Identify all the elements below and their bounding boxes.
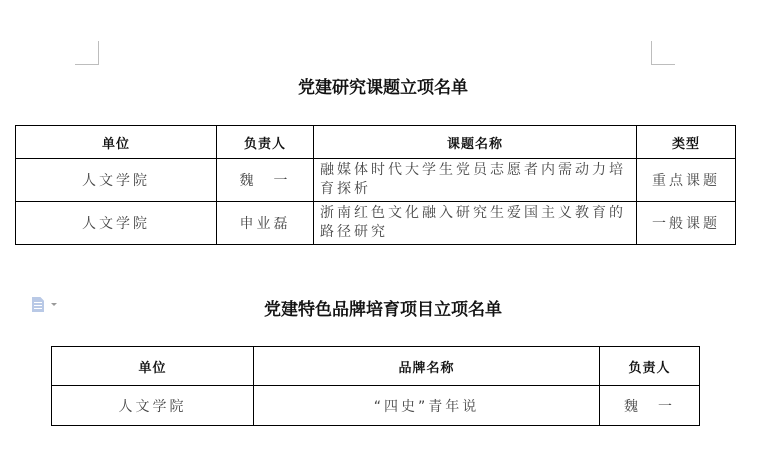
section1-title: 党建研究课题立项名单	[0, 73, 766, 98]
header-type: 类型	[637, 126, 736, 159]
cell-unit: 人文学院	[52, 386, 254, 426]
research-topics-table: 单位 负责人 课题名称 类型 人文学院 魏 一 融媒体时代大学生党员志愿者内需动…	[15, 125, 736, 245]
table-row: 人文学院 “四史”青年说 魏 一	[52, 386, 700, 426]
cell-leader: 魏 一	[217, 159, 314, 202]
page-corner-mark-left	[75, 41, 99, 65]
table-header-row: 单位 负责人 课题名称 类型	[16, 126, 736, 159]
cell-topic: 浙南红色文化融入研究生爱国主义教育的路径研究	[314, 202, 637, 245]
cell-unit: 人文学院	[16, 159, 217, 202]
cell-topic: 融媒体时代大学生党员志愿者内需动力培育探析	[314, 159, 637, 202]
brand-projects-table: 单位 品牌名称 负责人 人文学院 “四史”青年说 魏 一	[51, 346, 700, 426]
header-leader: 负责人	[600, 347, 700, 386]
header-unit: 单位	[16, 126, 217, 159]
cell-unit: 人文学院	[16, 202, 217, 245]
cell-leader: 魏 一	[600, 386, 700, 426]
page-corner-mark-right	[651, 41, 675, 65]
header-leader: 负责人	[217, 126, 314, 159]
header-unit: 单位	[52, 347, 254, 386]
cell-leader: 申业磊	[217, 202, 314, 245]
table-row: 人文学院 申业磊 浙南红色文化融入研究生爱国主义教育的路径研究 一般课题	[16, 202, 736, 245]
table-row: 人文学院 魏 一 融媒体时代大学生党员志愿者内需动力培育探析 重点课题	[16, 159, 736, 202]
cell-type: 重点课题	[637, 159, 736, 202]
section2-title: 党建特色品牌培育项目立项名单	[0, 295, 766, 320]
table-header-row: 单位 品牌名称 负责人	[52, 347, 700, 386]
header-topic: 课题名称	[314, 126, 637, 159]
header-brand: 品牌名称	[254, 347, 600, 386]
cell-type: 一般课题	[637, 202, 736, 245]
cell-brand: “四史”青年说	[254, 386, 600, 426]
